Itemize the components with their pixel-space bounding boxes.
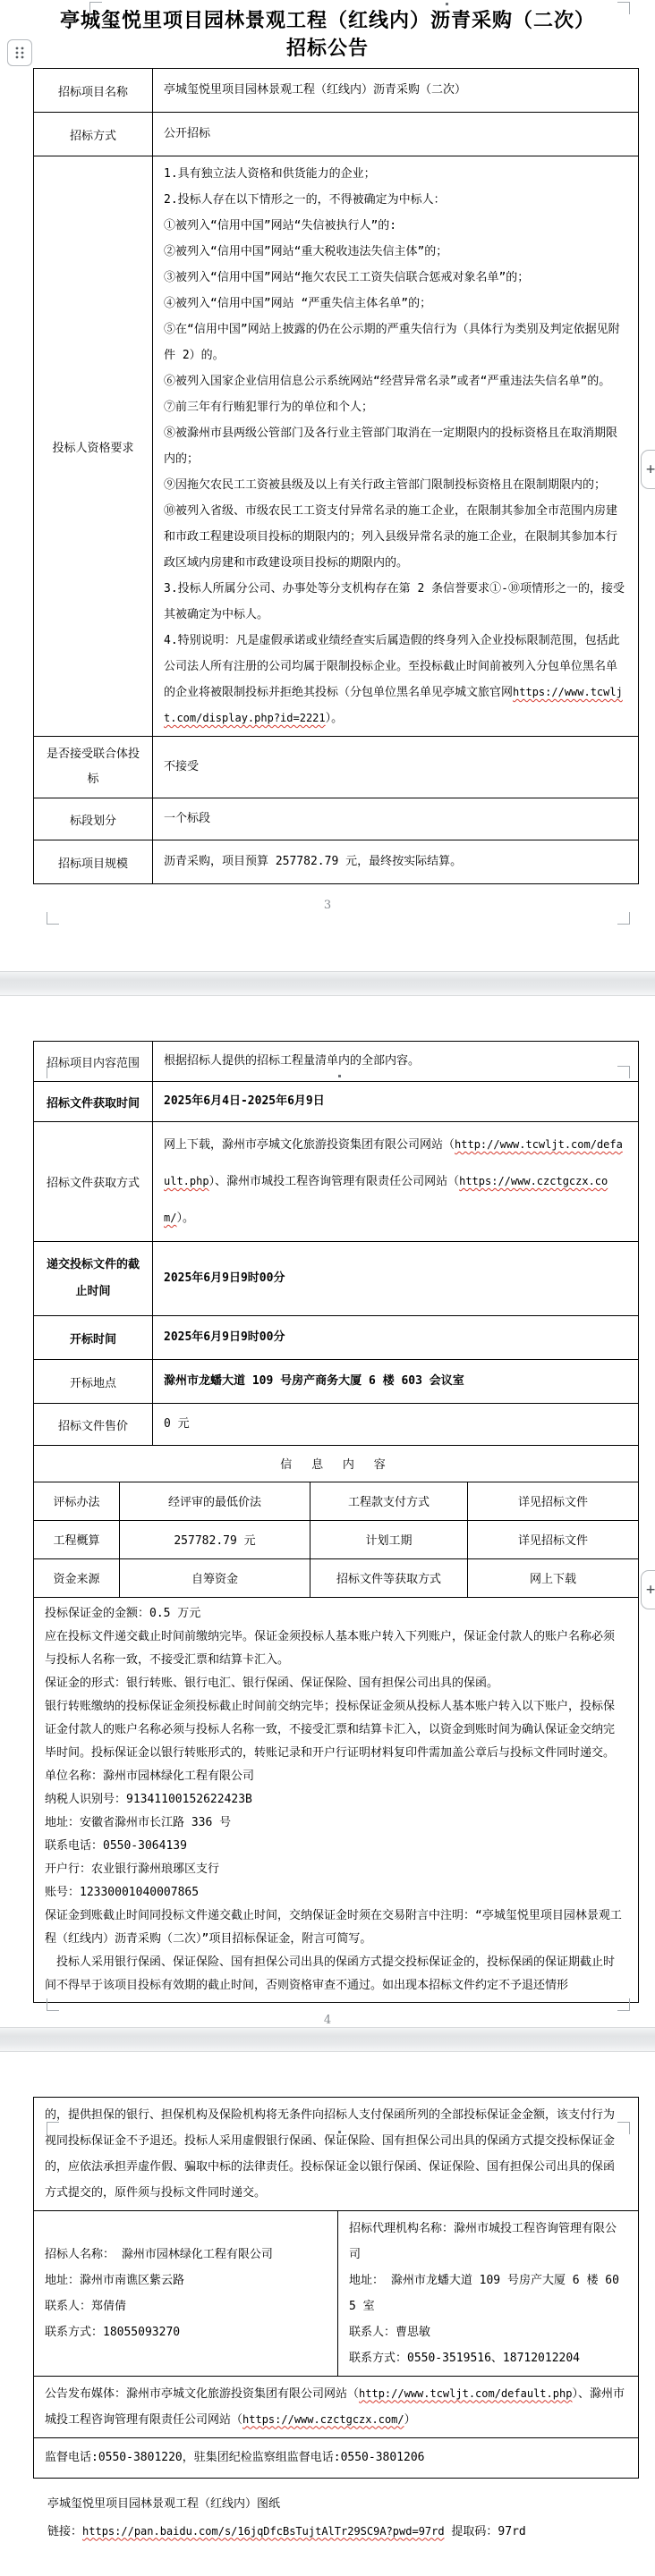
extract-code: 提取码：97rd bbox=[445, 2525, 526, 2538]
qual-paragraph: ⑩被列入省级、市级农民工工资支付异常名录的施工企业，在限制其参加全市范围内房建和… bbox=[164, 498, 625, 576]
media-pre: 公告发布媒体：滁州市亭城文化旅游投资集团有限公司网站（ bbox=[45, 2387, 359, 2401]
qual-paragraph: ①被列入“信用中国”网站“失信被执行人”的: bbox=[164, 213, 625, 239]
obtain-text: ）、滁州市城投工程咨询管理有限责任公司网站（ bbox=[209, 1175, 460, 1188]
page-corner-mark bbox=[47, 1066, 59, 1078]
budget-label: 工程概算 bbox=[34, 1520, 120, 1558]
table-plus-button[interactable]: + bbox=[641, 1570, 655, 1609]
deposit-account-number: 账号：12330001040007865 bbox=[45, 1881, 625, 1905]
row-project-name: 招标项目名称 亭城玺悦里项目园林景观工程（红线内）沥青采购（二次） bbox=[34, 69, 639, 113]
agency-contact-phone: 联系方式：0550-3519516、18712012204 bbox=[349, 2345, 625, 2371]
page-separator bbox=[0, 2027, 655, 2052]
doc-price-label: 招标文件售价 bbox=[34, 1404, 153, 1446]
deposit-cell: 投标保证金的金额：0.5 万元 应在投标文件递交截止时间前缴纳完毕。保证金须投标… bbox=[34, 1597, 639, 2002]
row-submit-deadline: 递交投标文件的截止时间 2025年6月9日9时00分 bbox=[34, 1242, 639, 1316]
row-contacts: 招标人名称： 滁州市园林绿化工程有限公司 地址：滁州市南谯区紫云路 联系人：郑倩… bbox=[34, 2210, 639, 2376]
doc-obtain-time-value: 2025年6月4日-2025年6月9日 bbox=[153, 1082, 639, 1122]
drawing-note: 亭城玺悦里项目园林景观工程（红线内）图纸 bbox=[47, 2491, 655, 2518]
page-2: + 招标项目内容范围 根据招标人提供的招标工程量清单内的全部内容。 招标文件获取… bbox=[0, 1041, 655, 2027]
deposit-phone: 联系电话：0550-3064139 bbox=[45, 1835, 625, 1858]
link-label: 链接： bbox=[47, 2525, 82, 2538]
schedule-value: 详见招标文件 bbox=[468, 1520, 639, 1558]
page-corner-mark bbox=[617, 1066, 630, 1078]
media-cell: 公告发布媒体：滁州市亭城文化旅游投资集团有限公司网站（http://www.tc… bbox=[34, 2376, 639, 2437]
page-number: 3 bbox=[0, 899, 655, 912]
page-corner-mark bbox=[617, 2, 630, 14]
obtain-text: ）。 bbox=[176, 1212, 194, 1225]
page-corner-mark bbox=[47, 912, 59, 925]
qual-paragraph: ⑦前三年有行贿犯罪行为的单位和个人； bbox=[164, 394, 625, 420]
text-boundary-dot bbox=[338, 1075, 341, 1077]
opening-place-value: 滁州市龙蟠大道 109 号房产商务大厦 6 楼 603 会议室 bbox=[153, 1360, 639, 1404]
qual-paragraph: ⑨因拖欠农民工工资被县级及以上有关行政主管部门限制投标资格且在限制期限内的； bbox=[164, 472, 625, 498]
deposit-paragraph: 保证金的形式：银行转账、银行电汇、银行保函、保证保险、国有担保公司出具的保函。 bbox=[45, 1672, 625, 1695]
row-sections: 标段划分 一个标段 bbox=[34, 798, 639, 840]
doc-obtain-method-value: 网上下载，滁州市亭城文化旅游投资集团有限公司网站（http://www.tcwl… bbox=[153, 1122, 639, 1242]
eval-method-value: 经评审的最低价法 bbox=[120, 1482, 310, 1520]
deposit-paragraph: 投标人采用银行保函、保证保险、国有担保公司出具的保函方式提交投标保证金的，投标保… bbox=[45, 1951, 625, 1997]
project-name-value: 亭城玺悦里项目园林景观工程（红线内）沥青采购（二次） bbox=[153, 69, 639, 113]
table-plus-button[interactable]: + bbox=[641, 450, 655, 489]
deposit-paragraph: 投标保证金的金额：0.5 万元 bbox=[45, 1602, 625, 1626]
agency-address: 地址： 滁州市龙蟠大道 109 号房产大厦 6 楼 605 室 bbox=[349, 2268, 625, 2319]
opening-place-label: 开标地点 bbox=[34, 1360, 153, 1404]
deposit-address: 地址：安徽省滁州市长江路 336 号 bbox=[45, 1812, 625, 1835]
submit-deadline-label: 递交投标文件的截止时间 bbox=[34, 1242, 153, 1316]
sections-label: 标段划分 bbox=[34, 798, 153, 840]
content-scope-value: 根据招标人提供的招标工程量清单内的全部内容。 bbox=[153, 1042, 639, 1082]
drawing-link-line: 链接：https://pan.baidu.com/s/16jqDfcBsTujt… bbox=[47, 2518, 655, 2546]
budget-value: 257782.79 元 bbox=[120, 1520, 310, 1558]
deposit-paragraph: 银行转账缴纳的投标保证金须投标截止时间前交纳完毕；投标保证金须从投标人基本账户转… bbox=[45, 1695, 625, 1765]
qual-paragraph: ⑧被滁州市县两级公管部门及各行业主管部门取消在一定期限内的投标资格且在取消期限内… bbox=[164, 420, 625, 472]
row-budget: 工程概算 257782.79 元 计划工期 详见招标文件 bbox=[34, 1520, 639, 1558]
payment-method-value: 详见招标文件 bbox=[468, 1482, 639, 1520]
qualification-value: 1.具有独立法人资格和供货能力的企业； 2.投标人存在以下情形之一的，不得被确定… bbox=[153, 156, 639, 737]
page-corner-mark bbox=[47, 1998, 59, 2011]
deposit-continuation-table: 的，提供担保的银行、担保机构及保险机构将无条件向招标人支付保函所列的全部投标保证… bbox=[33, 2097, 639, 2479]
bid-announcement-table: 招标项目名称 亭城玺悦里项目园林景观工程（红线内）沥青采购（二次） 招标方式 公… bbox=[33, 68, 639, 884]
text-boundary-dot bbox=[338, 2131, 341, 2133]
tenderer-contact-person: 联系人：郑倩倩 bbox=[45, 2293, 325, 2319]
plus-icon: + bbox=[646, 1581, 655, 1599]
payment-method-label: 工程款支付方式 bbox=[310, 1482, 468, 1520]
row-supervision: 监督电话:0550-3801220，驻集团纪检监察组监督电话:0550-3801… bbox=[34, 2437, 639, 2478]
bid-schedule-table: 招标项目内容范围 根据招标人提供的招标工程量清单内的全部内容。 招标文件获取时间… bbox=[33, 1041, 639, 1446]
qual-paragraph: ⑥被列入国家企业信用信息公示系统网站“经营异常名录”或者“严重违法失信名单”的。 bbox=[164, 368, 625, 394]
scale-value: 沥青采购，项目预算 257782.79 元，最终按实际结算。 bbox=[153, 840, 639, 884]
agency-contact-person: 联系人：曹思敏 bbox=[349, 2319, 625, 2345]
czctgczx-url-text: https://www.czctgczx.com/ bbox=[242, 2413, 404, 2426]
tcwljt-url-text: http://www.tcwljt.com/default.php bbox=[359, 2387, 572, 2400]
info-content-table: 信 息 内 容 评标办法 经评审的最低价法 工程款支付方式 详见招标文件 工程概… bbox=[33, 1445, 639, 2003]
drag-handle-icon bbox=[14, 46, 25, 60]
deposit-continuation-cell: 的，提供担保的银行、担保机构及保险机构将无条件向招标人支付保函所列的全部投标保证… bbox=[34, 2097, 639, 2210]
qual-paragraph: ④被列入“信用中国”网站 “严重失信主体名单”的； bbox=[164, 291, 625, 317]
page-corner-mark bbox=[617, 2122, 630, 2134]
row-opening-time: 开标时间 2025年6月9日9时00分 bbox=[34, 1316, 639, 1360]
title-line-2: 招标公告 bbox=[286, 38, 369, 60]
row-info-header: 信 息 内 容 bbox=[34, 1445, 639, 1482]
agency-contact-cell: 招标代理机构名称：滁州市城投工程咨询管理有限公司 地址： 滁州市龙蟠大道 109… bbox=[338, 2210, 639, 2376]
tenderer-contact-cell: 招标人名称： 滁州市园林绿化工程有限公司 地址：滁州市南谯区紫云路 联系人：郑倩… bbox=[34, 2210, 338, 2376]
media-post: ） bbox=[404, 2413, 416, 2427]
doc-obtain-method-label: 招标文件获取方式 bbox=[34, 1122, 153, 1242]
text-boundary-dot bbox=[446, 3, 448, 5]
row-qualification: 投标人资格要求 1.具有独立法人资格和供货能力的企业； 2.投标人存在以下情形之… bbox=[34, 156, 639, 737]
doc-price-value: 0 元 bbox=[153, 1404, 639, 1446]
schedule-label: 计划工期 bbox=[310, 1520, 468, 1558]
opening-time-value: 2025年6月9日9时00分 bbox=[153, 1316, 639, 1360]
funding-label: 资金来源 bbox=[34, 1558, 120, 1597]
page-3: 的，提供担保的银行、担保机构及保险机构将无条件向招标人支付保函所列的全部投标保证… bbox=[0, 2097, 655, 2576]
page-corner-mark bbox=[47, 2122, 59, 2134]
row-project-scale: 招标项目规模 沥青采购，项目预算 257782.79 元，最终按实际结算。 bbox=[34, 840, 639, 884]
deposit-continuation-text: 的，提供担保的银行、担保机构及保险机构将无条件向招标人支付保函所列的全部投标保证… bbox=[45, 2102, 625, 2206]
qualification-label: 投标人资格要求 bbox=[34, 156, 153, 737]
row-doc-obtain-time: 招标文件获取时间 2025年6月4日-2025年6月9日 bbox=[34, 1082, 639, 1122]
deposit-paragraph: 应在投标文件递交截止时间前缴纳完毕。保证金须投标人基本账户转入下列账户，保证金付… bbox=[45, 1626, 625, 1672]
qual-paragraph: 4.特别说明：凡是虚假承诺或业绩经查实后属造假的终身列入企业投标限制范围，包括此… bbox=[164, 628, 625, 731]
row-media: 公告发布媒体：滁州市亭城文化旅游投资集团有限公司网站（http://www.tc… bbox=[34, 2376, 639, 2437]
row-evaluation: 评标办法 经评审的最低价法 工程款支付方式 详见招标文件 bbox=[34, 1482, 639, 1520]
drag-handle-button[interactable] bbox=[7, 39, 32, 66]
doc-obtain-time-label: 招标文件获取时间 bbox=[34, 1082, 153, 1122]
bid-method-label: 招标方式 bbox=[34, 113, 153, 156]
page-corner-mark bbox=[617, 1998, 630, 2011]
page-separator bbox=[0, 971, 655, 996]
agency-name: 招标代理机构名称：滁州市城投工程咨询管理有限公司 bbox=[349, 2216, 625, 2268]
bid-method-value: 公开招标 bbox=[153, 113, 639, 156]
obtain-text: 网上下载，滁州市亭城文化旅游投资集团有限公司网站（ bbox=[164, 1138, 455, 1152]
plus-icon: + bbox=[646, 460, 655, 478]
eval-method-label: 评标办法 bbox=[34, 1482, 120, 1520]
qual-paragraph: 1.具有独立法人资格和供货能力的企业； bbox=[164, 161, 625, 187]
page-corner-mark bbox=[89, 2, 102, 14]
doc-obtain-method-text: 网上下载，滁州市亭城文化旅游投资集团有限公司网站（http://www.tcwl… bbox=[164, 1127, 625, 1237]
row-consortium: 是否接受联合体投标 不接受 bbox=[34, 737, 639, 798]
funding-value: 自筹资金 bbox=[120, 1558, 310, 1597]
tenderer-name: 招标人名称： 滁州市园林绿化工程有限公司 bbox=[45, 2242, 325, 2268]
supervision-phones: 监督电话:0550-3801220，驻集团纪检监察组监督电话:0550-3801… bbox=[34, 2437, 639, 2478]
row-content-scope: 招标项目内容范围 根据招标人提供的招标工程量清单内的全部内容。 bbox=[34, 1042, 639, 1082]
row-deposit-continuation: 的，提供担保的银行、担保机构及保险机构将无条件向招标人支付保函所列的全部投标保证… bbox=[34, 2097, 639, 2210]
title-line-1: 亭城玺悦里项目园林景观工程（红线内）沥青采购（二次） bbox=[60, 10, 595, 32]
qual-special-note-end: ）。 bbox=[326, 712, 344, 725]
page-number: 4 bbox=[0, 2014, 655, 2027]
tenderer-contact-phone: 联系方式：18055093270 bbox=[45, 2319, 325, 2345]
sections-value: 一个标段 bbox=[153, 798, 639, 840]
scale-label: 招标项目规模 bbox=[34, 840, 153, 884]
tenderer-address: 地址：滁州市南谯区紫云路 bbox=[45, 2268, 325, 2293]
qual-paragraph: 2.投标人存在以下情形之一的，不得被确定为中标人： bbox=[164, 187, 625, 213]
page-1: + 亭城玺悦里项目园林景观工程（红线内）沥青采购（二次） 招标公告 招标项目名称… bbox=[0, 0, 655, 971]
deposit-paragraph: 保证金到账截止时间同投标文件递交截止时间，交纳保证金时须在交易附言中注明：“亭城… bbox=[45, 1905, 625, 1951]
row-doc-price: 招标文件售价 0 元 bbox=[34, 1404, 639, 1446]
baidu-pan-url-text: https://pan.baidu.com/s/16jqDfcBsTujtAlT… bbox=[82, 2525, 445, 2538]
row-deposit: 投标保证金的金额：0.5 万元 应在投标文件递交截止时间前缴纳完毕。保证金须投标… bbox=[34, 1597, 639, 2002]
project-name-label: 招标项目名称 bbox=[34, 69, 153, 113]
deposit-bank: 开户行：农业银行滁州琅琊区支行 bbox=[45, 1858, 625, 1881]
doc-access-label: 招标文件等获取方式 bbox=[310, 1558, 468, 1597]
row-doc-obtain-method: 招标文件获取方式 网上下载，滁州市亭城文化旅游投资集团有限公司网站（http:/… bbox=[34, 1122, 639, 1242]
page-corner-mark bbox=[617, 912, 630, 925]
consortium-value: 不接受 bbox=[153, 737, 639, 798]
row-bid-method: 招标方式 公开招标 bbox=[34, 113, 639, 156]
row-funding: 资金来源 自筹资金 招标文件等获取方式 网上下载 bbox=[34, 1558, 639, 1597]
qual-paragraph: ⑤在“信用中国”网站上披露的仍在公示期的严重失信行为（具体行为类别及判定依据见附… bbox=[164, 317, 625, 368]
qual-paragraph: ③被列入“信用中国”网站“拖欠农民工工资失信联合惩戒对象名单”的； bbox=[164, 265, 625, 291]
submit-deadline-value: 2025年6月9日9时00分 bbox=[153, 1242, 639, 1316]
doc-access-value: 网上下载 bbox=[468, 1558, 639, 1597]
media-text: 公告发布媒体：滁州市亭城文化旅游投资集团有限公司网站（http://www.tc… bbox=[45, 2381, 625, 2433]
deposit-account-name: 单位名称：滁州市园林绿化工程有限公司 bbox=[45, 1765, 625, 1788]
row-opening-place: 开标地点 滁州市龙蟠大道 109 号房产商务大厦 6 楼 603 会议室 bbox=[34, 1360, 639, 1404]
info-content-header: 信 息 内 容 bbox=[34, 1445, 639, 1482]
deposit-tax-id: 纳税人识别号：91341100152622423B bbox=[45, 1788, 625, 1812]
opening-time-label: 开标时间 bbox=[34, 1316, 153, 1360]
qual-paragraph: ②被列入“信用中国”网站“重大税收违法失信主体”的； bbox=[164, 239, 625, 265]
consortium-label: 是否接受联合体投标 bbox=[34, 737, 153, 798]
qual-paragraph: 3.投标人所属分公司、办事处等分支机构存在第 2 条信誉要求①-⑩项情形之一的，… bbox=[164, 576, 625, 628]
